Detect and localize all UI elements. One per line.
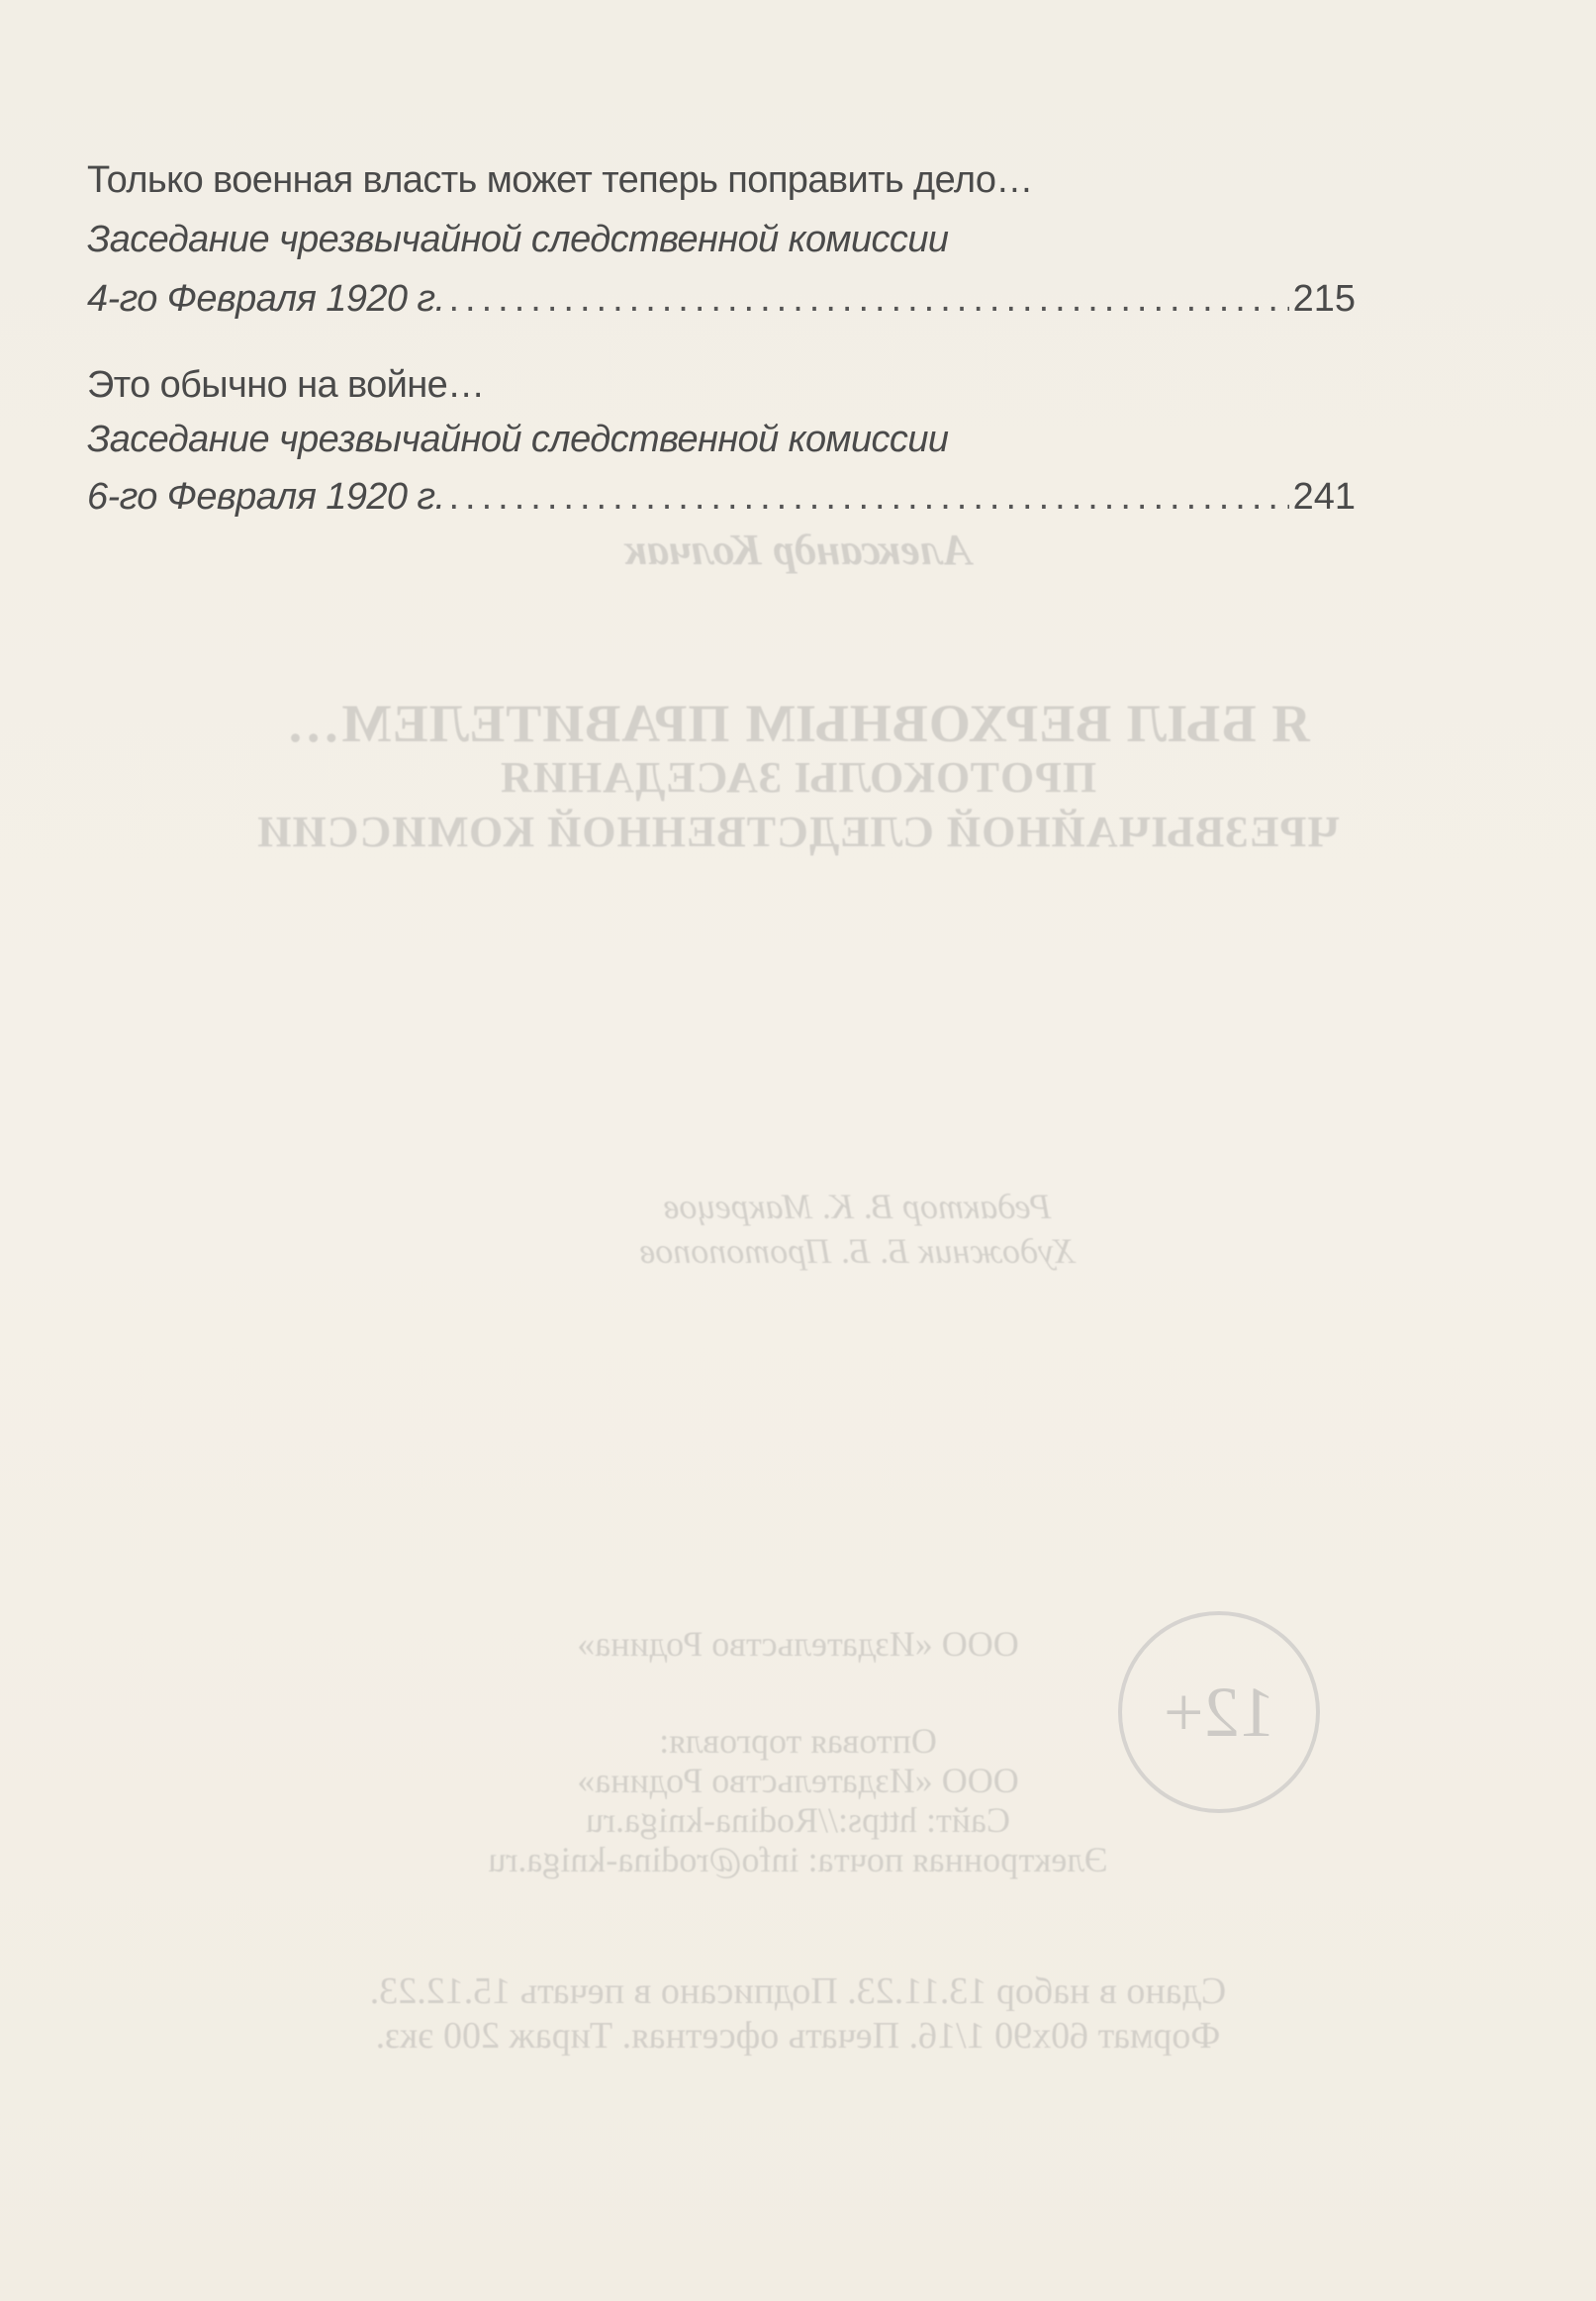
age-rating-text: 12+ bbox=[1164, 1672, 1275, 1754]
bleed-imprint-dates: Сдано в набор 13.11.23. Подписано в печа… bbox=[0, 1969, 1596, 2013]
bleed-wholesale-publisher: ООО «Издательство Родина» bbox=[0, 1760, 1596, 1801]
toc-entry-2-title: Это обычно на войне… bbox=[87, 361, 485, 409]
toc-entry-1-subtitle: Заседание чрезвычайной следственной коми… bbox=[87, 216, 948, 263]
bleed-wholesale-label: Оптовая торговля: bbox=[0, 1720, 1596, 1762]
bleed-email: Электронная почта: info@rodina-kniga.ru bbox=[0, 1839, 1596, 1880]
bleed-author: Александр Колчак bbox=[0, 525, 1596, 575]
bleed-publisher: ООО «Издательство Родина» bbox=[0, 1623, 1596, 1665]
toc-entry-1-date: 4-го Февраля 1920 г. bbox=[87, 275, 445, 323]
toc-entry-1-page: 215 bbox=[1293, 275, 1356, 323]
bleed-editor: Редактор В. К. Макрецов bbox=[59, 1186, 1596, 1227]
toc-entry-2-subtitle: Заседание чрезвычайной следственной коми… bbox=[87, 416, 948, 463]
toc-entry-2-page: 241 bbox=[1293, 473, 1356, 521]
dot-leader: ........................................… bbox=[449, 473, 1289, 521]
bleed-artist: Художник Б. Б. Протопопов bbox=[59, 1230, 1596, 1272]
bleed-website: Сайт: https://Rodina-kniga.ru bbox=[0, 1799, 1596, 1841]
bleed-title-line-3: ЧРЕЗВЫЧАЙНОЙ СЛЕДСТВЕННОЙ КОМИССИИ bbox=[0, 807, 1596, 857]
dot-leader: ........................................… bbox=[449, 275, 1289, 323]
book-page: Только военная власть может теперь попра… bbox=[0, 0, 1596, 2301]
toc-entry-2-date: 6-го Февраля 1920 г. bbox=[87, 473, 445, 521]
toc-entry-1-title: Только военная власть может теперь попра… bbox=[87, 156, 1033, 204]
bleed-imprint-format: Формат 60х90 1/16. Печать офсетная. Тира… bbox=[0, 2014, 1596, 2058]
bleed-title-line-1: Я БЫЛ ВЕРХОВНЫМ ПРАВИТЕЛЕМ… bbox=[0, 693, 1596, 754]
age-rating-badge: 12+ bbox=[1118, 1611, 1320, 1813]
toc-entry-2-date-row: 6-го Февраля 1920 г. ...................… bbox=[87, 473, 1356, 521]
bleed-title-line-2: ПРОТОКОЛЫ ЗАСЕДАНИЯ bbox=[0, 752, 1596, 803]
toc-entry-1-date-row: 4-го Февраля 1920 г. ...................… bbox=[87, 275, 1356, 323]
